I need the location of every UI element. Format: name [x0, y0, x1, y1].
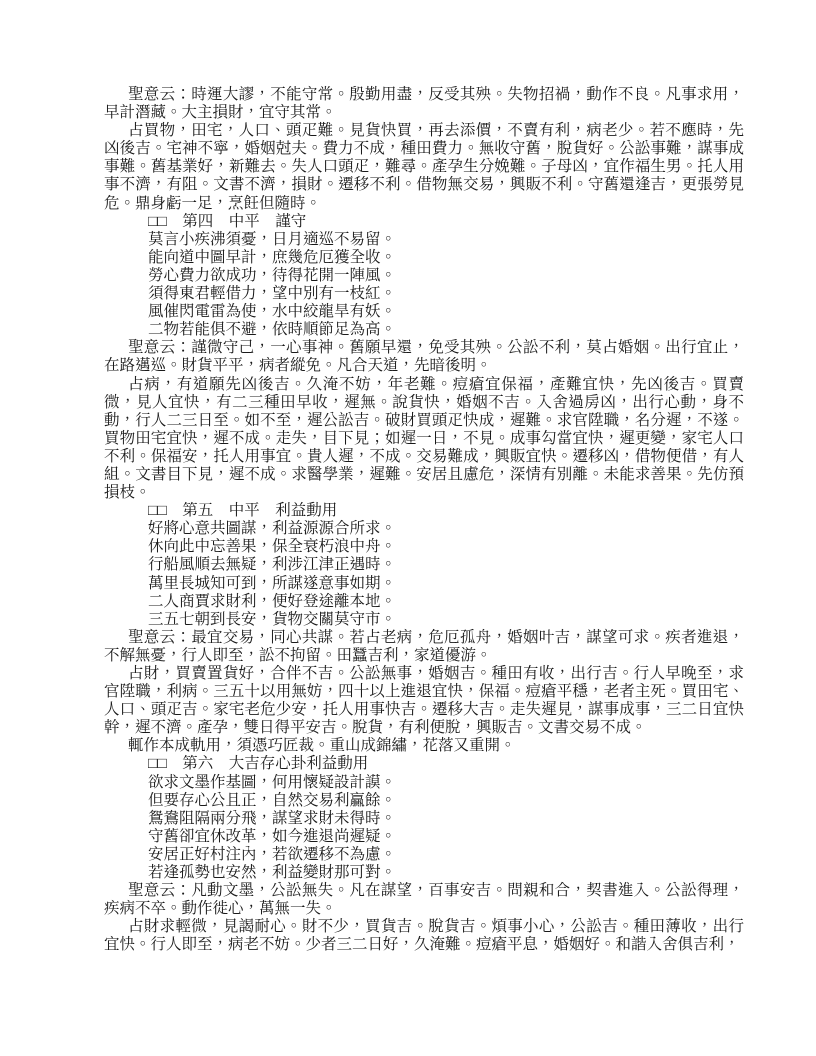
document-page: 聖意云：時運大謬，不能守常。殷勤用盡，反受其殃。失物招禍，動作不良。凡事求用，早… [0, 0, 816, 1056]
verse-line: 安居正好村注內，若欲遷移不為慮。 [104, 846, 744, 864]
verse-line: 若逢孤勢也安然，利益變財那可對。 [104, 864, 744, 882]
paragraph: 聖意云：謹微守己，一心事神。舊願早還，免受其殃。公訟不利，莫占婚姻。出行宜止，在… [104, 339, 744, 375]
verse-line: 守舊卻宜休改革，如今進退尚遲疑。 [104, 828, 744, 846]
verse-line: 但要存心公且正，自然交易利贏餘。 [104, 792, 744, 810]
verse-line: 須得東君輕借力，望中別有一枝紅。 [104, 285, 744, 303]
verse-line: 能向道中圖早計，庶幾危厄獲全收。 [104, 249, 744, 267]
verse-line: 休向此中忘善果，保全衰朽浪中舟。 [104, 538, 744, 556]
verse-line: 好將心意共圖謀，利益源源合所求。 [104, 520, 744, 538]
verse-line: 二人商賈求財利，便好登途離本地。 [104, 593, 744, 611]
section-header: □□ 第四 中平 謹守 [104, 213, 744, 231]
paragraph: 聖意云：最宜交易，同心共謀。若占老病，危厄孤舟，婚姻叶吉，謀望可求。疾者進退，不… [104, 629, 744, 665]
verse-line: 行船風順去無疑，利涉江津正遇時。 [104, 556, 744, 574]
section-header: □□ 第五 中平 利益動用 [104, 502, 744, 520]
paragraph: 占財，買賣置貨好，合伴不吉。公訟無事，婚姻吉。種田有收，出行吉。行人早晚至，求官… [104, 665, 744, 737]
section-header: □□ 第六 大吉存心卦利益動用 [104, 755, 744, 773]
verse-line: 風催閃電雷為使，水中絞龍旱有妖。 [104, 303, 744, 321]
paragraph: 聖意云：凡動文墨，公訟無失。凡在謀望，百事安吉。問親和合，契書進入。公訟得理，疾… [104, 882, 744, 918]
paragraph: 占買物，田宅，人口、頭疋難。見貨快買，再去添價，不賣有利，病老少。若不應時，先凶… [104, 122, 744, 212]
verse-line: 鴛鴦阻隔兩分飛，謀望求財未得時。 [104, 810, 744, 828]
paragraph: 占財求輕微，見謁耐心。財不少，買貨吉。脫貨吉。煩事小心，公訟吉。種田薄收，出行宜… [104, 918, 744, 954]
paragraph: 聖意云：時運大謬，不能守常。殷勤用盡，反受其殃。失物招禍，動作不良。凡事求用，早… [104, 86, 744, 122]
paragraph: 占病，有道願先凶後吉。久淹不妨，年老難。痘瘡宜保福，產難宜快，先凶後吉。買賣微，… [104, 376, 744, 503]
verse-line: 三五七朝到長安，貨物交關莫守市。 [104, 611, 744, 629]
verse-line: 莫言小疾沸須憂，日月適巡不易留。 [104, 231, 744, 249]
paragraph: 輒作本成軌用，須憑巧匠裁。重山成錦繡，花落又重開。 [104, 737, 744, 755]
verse-line: 欲求文墨作基圖，何用懷疑設計謨。 [104, 774, 744, 792]
verse-line: 勞心費力欲成功，待得花開一陣風。 [104, 267, 744, 285]
document-body: 聖意云：時運大謬，不能守常。殷勤用盡，反受其殃。失物招禍，動作不良。凡事求用，早… [104, 86, 744, 955]
verse-line: 萬里長城知可到，所謀遂意事如期。 [104, 575, 744, 593]
verse-line: 二物若能俱不避，依時順節足為高。 [104, 321, 744, 339]
